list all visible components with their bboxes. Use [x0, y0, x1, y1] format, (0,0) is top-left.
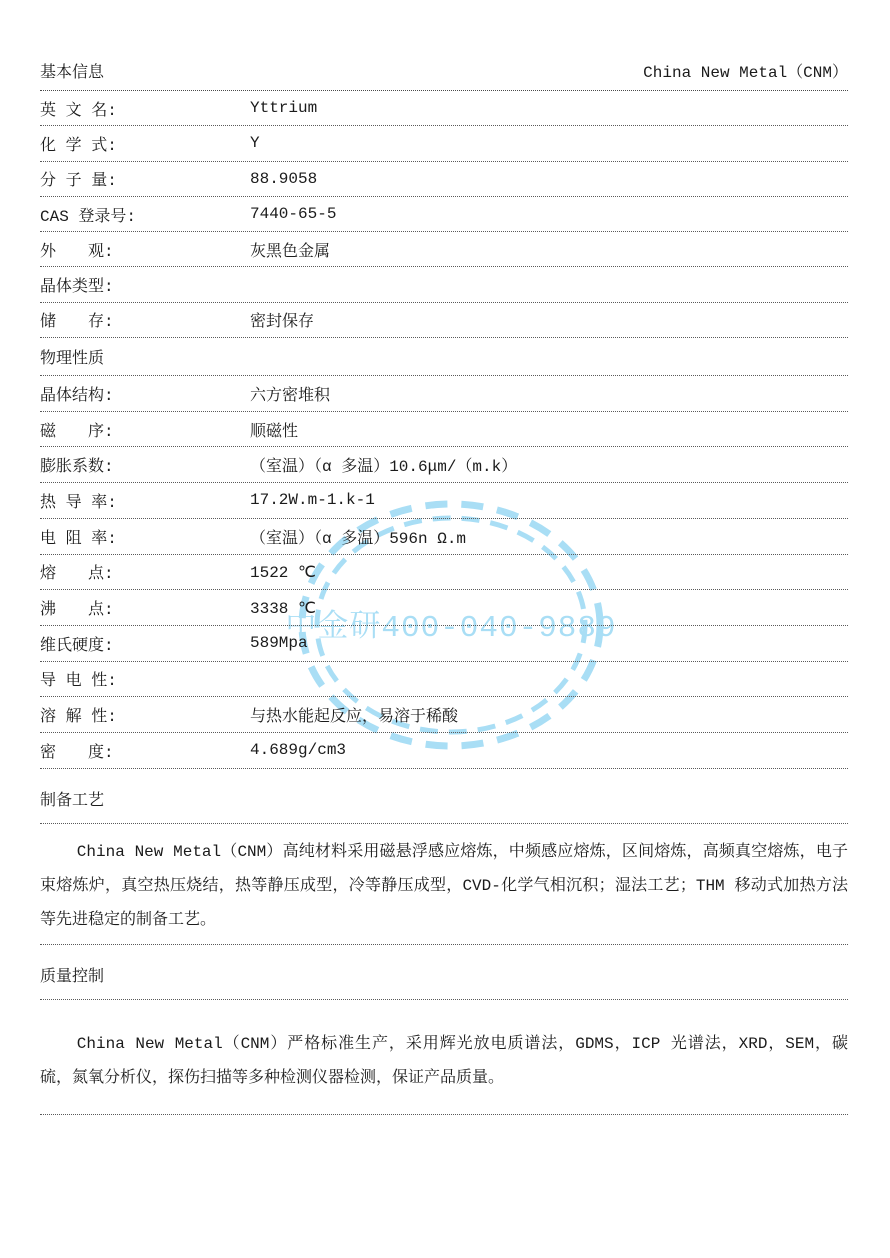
table-row: 沸 点: 3338 ℃ — [40, 590, 848, 626]
physical-properties-section: 晶体结构: 六方密堆积 磁 序: 顺磁性 膨胀系数: （室温）（α 多温）10.… — [40, 376, 848, 769]
field-label: 外 观: — [40, 238, 250, 261]
field-label: 热 导 率: — [40, 489, 250, 512]
field-value: 4.689g/cm3 — [250, 741, 848, 759]
field-value: 六方密堆积 — [250, 382, 848, 405]
document-content: 基本信息 China New Metal（CNM） 英 文 名: Yttrium… — [0, 0, 890, 1115]
company-name: China New Metal（CNM） — [643, 59, 848, 82]
section-title-basic-info: 基本信息 — [40, 59, 104, 82]
preparation-paragraph: China New Metal（CNM）高纯材料采用磁悬浮感应熔炼，中频感应熔炼… — [40, 824, 848, 946]
field-label: 晶体类型: — [40, 273, 250, 296]
field-label: CAS 登录号: — [40, 203, 250, 226]
field-label: 沸 点: — [40, 596, 250, 619]
table-row: 晶体结构: 六方密堆积 — [40, 376, 848, 412]
table-row: 膨胀系数: （室温）（α 多温）10.6μm/（m.k） — [40, 447, 848, 483]
field-value: 密封保存 — [250, 308, 848, 331]
field-value: （室温）（α 多温）10.6μm/（m.k） — [250, 453, 848, 476]
field-label: 磁 序: — [40, 418, 250, 441]
field-value: （室温）（α 多温）596n Ω.m — [250, 525, 848, 548]
field-value: 7440-65-5 — [250, 205, 848, 223]
table-row: 外 观: 灰黑色金属 — [40, 232, 848, 267]
field-label: 英 文 名: — [40, 97, 250, 120]
field-value: 与热水能起反应，易溶于稀酸 — [250, 703, 848, 726]
document-page: 中金研400-040-9889 基本信息 China New Metal（CNM… — [0, 0, 890, 1258]
table-row: 化 学 式: Y — [40, 126, 848, 161]
section-title-physical-properties: 物理性质 — [40, 338, 848, 376]
field-label: 晶体结构: — [40, 382, 250, 405]
section-title-label: 质量控制 — [40, 968, 104, 986]
field-label: 储 存: — [40, 308, 250, 331]
table-row: 熔 点: 1522 ℃ — [40, 555, 848, 591]
field-label: 导 电 性: — [40, 667, 250, 690]
field-label: 化 学 式: — [40, 132, 250, 155]
table-row: 电 阻 率: （室温）（α 多温）596n Ω.m — [40, 519, 848, 555]
field-value: 顺磁性 — [250, 418, 848, 441]
field-label: 熔 点: — [40, 560, 250, 583]
field-value: Yttrium — [250, 99, 848, 117]
section-title-quality-control: 质量控制 — [40, 945, 848, 1000]
field-value: 88.9058 — [250, 170, 848, 188]
table-row: 热 导 率: 17.2W.m-1.k-1 — [40, 483, 848, 519]
field-label: 电 阻 率: — [40, 525, 250, 548]
section-title-preparation: 制备工艺 — [40, 769, 848, 824]
table-row: CAS 登录号: 7440-65-5 — [40, 197, 848, 232]
table-row: 磁 序: 顺磁性 — [40, 412, 848, 448]
quality-control-paragraph: China New Metal（CNM）严格标准生产，采用辉光放电质谱法，GDM… — [40, 1000, 848, 1114]
field-label: 分 子 量: — [40, 167, 250, 190]
table-row: 维氏硬度: 589Mpa — [40, 626, 848, 662]
table-row: 储 存: 密封保存 — [40, 303, 848, 338]
table-row: 溶 解 性: 与热水能起反应，易溶于稀酸 — [40, 697, 848, 733]
field-label: 维氏硬度: — [40, 632, 250, 655]
table-row: 导 电 性: — [40, 662, 848, 698]
field-label: 溶 解 性: — [40, 703, 250, 726]
table-row: 英 文 名: Yttrium — [40, 91, 848, 126]
field-label: 密 度: — [40, 739, 250, 762]
table-row: 密 度: 4.689g/cm3 — [40, 733, 848, 769]
field-value: 589Mpa — [250, 634, 848, 652]
section-title-label: 制备工艺 — [40, 792, 104, 810]
field-value: 灰黑色金属 — [250, 238, 848, 261]
table-row: 分 子 量: 88.9058 — [40, 162, 848, 197]
section-title-label: 物理性质 — [40, 345, 104, 368]
field-value: 17.2W.m-1.k-1 — [250, 491, 848, 509]
basic-info-section: 英 文 名: Yttrium 化 学 式: Y 分 子 量: 88.9058 C… — [40, 91, 848, 338]
field-label: 膨胀系数: — [40, 453, 250, 476]
table-row: 晶体类型: — [40, 267, 848, 302]
document-header: 基本信息 China New Metal（CNM） — [40, 44, 848, 91]
field-value: Y — [250, 134, 848, 152]
field-value: 3338 ℃ — [250, 598, 848, 618]
field-value: 1522 ℃ — [250, 562, 848, 582]
